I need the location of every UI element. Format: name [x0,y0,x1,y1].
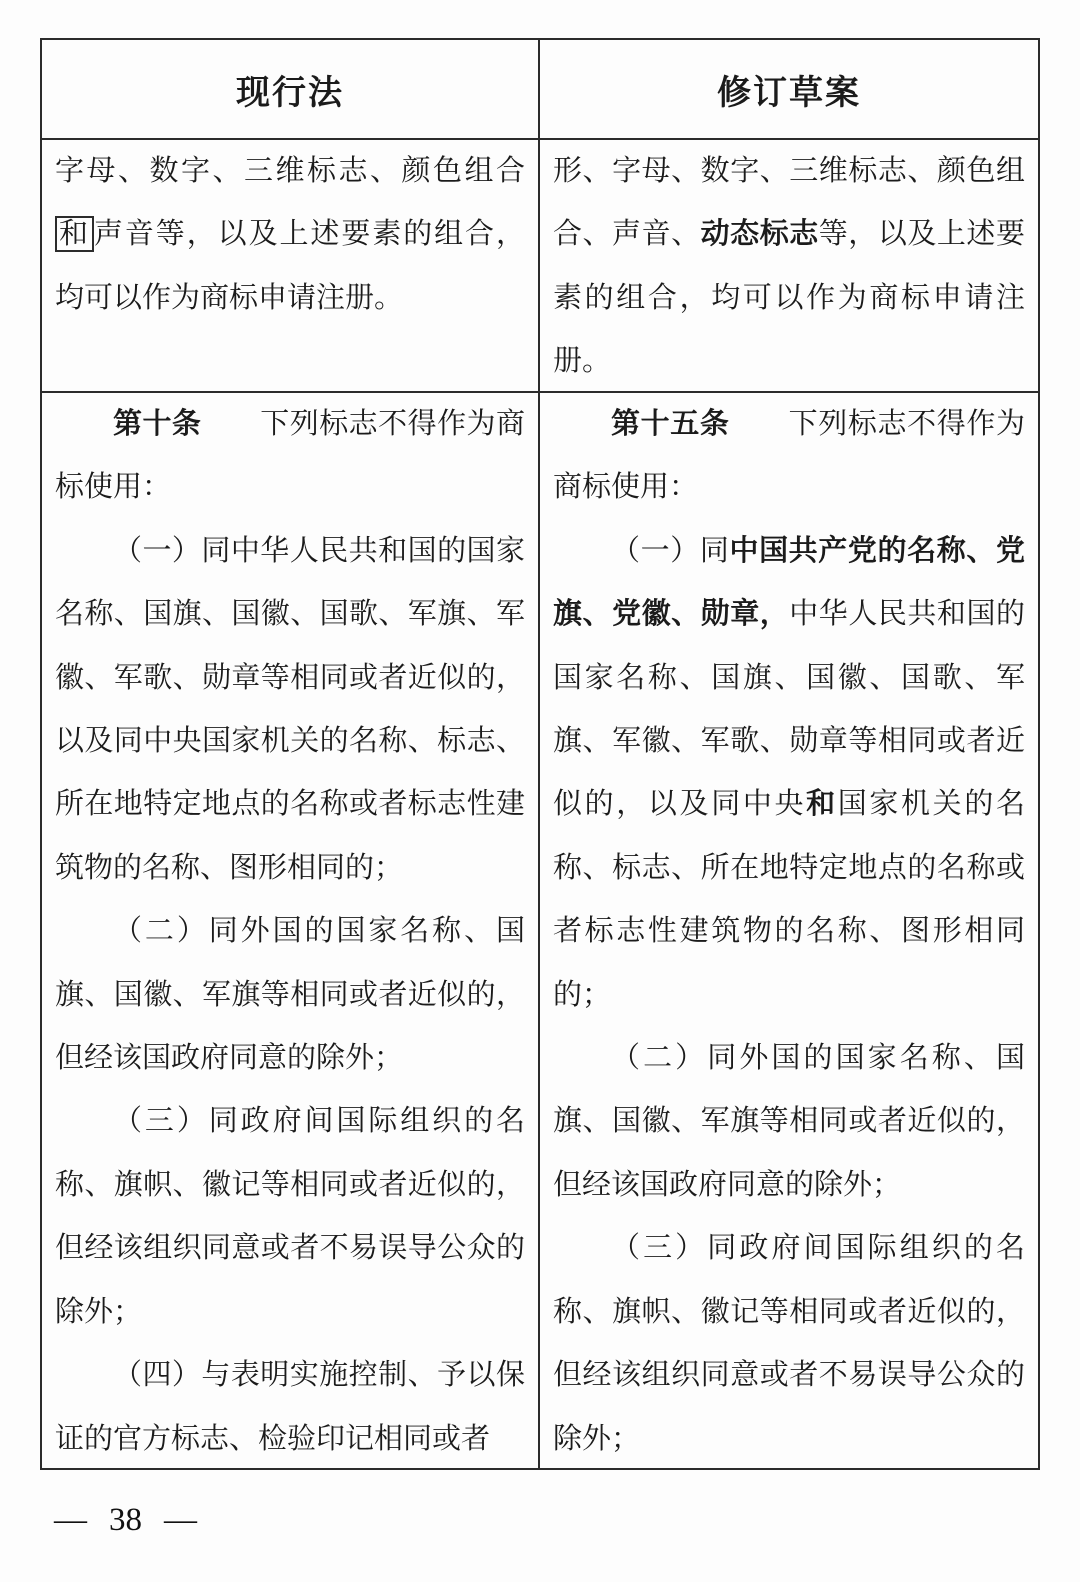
footer-right-dash: — [164,1502,197,1539]
paragraph: （二）同外国的国家名称、国旗、国徽、军旗等相同或者近似的，但经该国政府同意的除外… [55,900,525,1090]
boxed-deleted-text: 和 [55,216,94,252]
comparison-table: 现行法 修订草案 字母、数字、三维标志、颜色组合和声音等，以及上述要素的组合，均… [40,38,1040,1470]
table-cell-revision-draft-row1: 形、字母、数字、三维标志、颜色组合、声音、动态标志等，以及上述要素的组合，均可以… [540,140,1038,393]
text-run: （二）同外国的国家名称、国旗、国徽、军旗等相同或者近似的，但经该国政府同意的除外… [55,915,525,1074]
paragraph: （一）同中华人民共和国的国家名称、国旗、国徽、国歌、军旗、军徽、军歌、勋章等相同… [55,520,525,900]
bold-inserted-text: 第十五条 [611,408,729,440]
paragraph: 第十条 下列标志不得作为商标使用： [55,393,525,520]
page-number: — 38 — [54,1502,197,1539]
paragraph: （四）与表明实施控制、予以保证的官方标志、检验印记相同或者 [55,1344,525,1468]
text-run: （三）同政府间国际组织的名称、旗帜、徽记等相同或者近似的，但经该组织同意或者不易… [55,1105,525,1327]
bold-inserted-text: 和 [806,788,838,820]
table-cell-current-law-row1: 字母、数字、三维标志、颜色组合和声音等，以及上述要素的组合，均可以作为商标申请注… [42,140,540,393]
text-run: 字母、数字、三维标志、颜色组合 [55,155,525,187]
paragraph: 字母、数字、三维标志、颜色组合和声音等，以及上述要素的组合，均可以作为商标申请注… [55,140,525,330]
paragraph: 形、字母、数字、三维标志、颜色组合、声音、动态标志等，以及上述要素的组合，均可以… [553,140,1025,393]
paragraph: 第十五条 下列标志不得作为商标使用： [553,393,1025,520]
text-run: （一）同中华人民共和国的国家名称、国旗、国徽、国歌、军旗、军徽、军歌、勋章等相同… [55,535,525,884]
text-run: 国家机关的名称、标志、所在地特定地点的名称或者标志性建筑物的名称、图形相同的； [553,788,1025,1010]
text-run: （二）同外国的国家名称、国旗、国徽、军旗等相同或者近似的，但经该国政府同意的除外… [553,1042,1025,1201]
paragraph: （三）同政府间国际组织的名称、旗帜、徽记等相同或者近似的，但经该组织同意或者不易… [55,1090,525,1344]
table-header-revision-draft: 修订草案 [540,40,1038,140]
paragraph: （三）同政府间国际组织的名称、旗帜、徽记等相同或者近似的，但经该组织同意或者不易… [553,1217,1025,1468]
text-run: 声音等，以及上述要素的组合，均可以作为商标申请注册。 [55,218,525,313]
table-cell-current-law-row2: 第十条 下列标志不得作为商标使用：（一）同中华人民共和国的国家名称、国旗、国徽、… [42,393,540,1468]
paragraph: （二）同外国的国家名称、国旗、国徽、军旗等相同或者近似的，但经该国政府同意的除外… [553,1027,1025,1217]
table-cell-revision-draft-row2: 第十五条 下列标志不得作为商标使用：（一）同中国共产党的名称、党旗、党徽、勋章，… [540,393,1038,1468]
paragraph: （一）同中国共产党的名称、党旗、党徽、勋章，中华人民共和国的国家名称、国旗、国徽… [553,520,1025,1027]
text-run: （一）同 [611,535,729,567]
text-run: （四）与表明实施控制、予以保证的官方标志、检验印记相同或者 [55,1359,525,1454]
text-run: （三）同政府间国际组织的名称、旗帜、徽记等相同或者近似的，但经该组织同意或者不易… [553,1232,1025,1454]
document-page: 现行法 修订草案 字母、数字、三维标志、颜色组合和声音等，以及上述要素的组合，均… [0,0,1080,1582]
table-header-current-law: 现行法 [42,40,540,140]
bold-inserted-text: 第十条 [113,408,201,440]
footer-page-number: 38 [109,1502,142,1539]
footer-left-dash: — [54,1502,87,1539]
bold-inserted-text: 动态标志 [701,218,819,250]
